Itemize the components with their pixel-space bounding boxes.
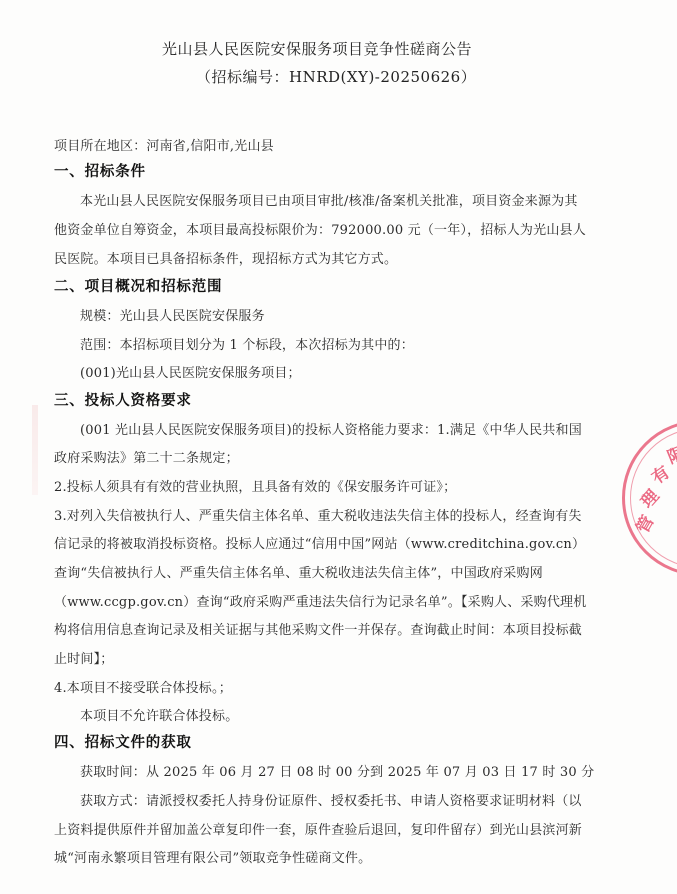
acquisition-time: 获取时间：从 2025 年 06 月 27 日 08 时 00 分到 2025 … <box>80 761 594 780</box>
scope-line: 范围：本招标项目划分为 1 个标段，本次招标为其中的： <box>80 334 414 353</box>
paragraph-line: 他资金单位自筹资金，本项目最高投标限价为：792000.00 元（一年），招标人… <box>54 219 586 238</box>
paragraph-line: （www.ccgp.gov.cn）查询“政府采购严重违法失信行为记录名单”。【采… <box>54 591 586 610</box>
tender-number: （招标编号：HNRD(XY)-20250626） <box>196 66 476 87</box>
paragraph-line: 城“河南永繁项目管理有限公司”领取竞争性磋商文件。 <box>54 847 371 866</box>
project-region: 项目所在地区：河南省,信阳市,光山县 <box>54 135 274 154</box>
section-heading-2: 二、项目概况和招标范围 <box>54 275 222 296</box>
section-heading-1: 一、招标条件 <box>54 160 146 181</box>
company-seal-stamp: 管 理 有 限 公 <box>622 420 677 576</box>
scan-artifact <box>32 405 38 495</box>
scale-line: 规模：光山县人民医院安保服务 <box>80 305 265 324</box>
acquisition-method: 获取方式：请派授权委托人持身份证原件、授权委托书、申请人资格要求证明材料（以 <box>80 790 582 809</box>
paragraph-line: 查询“失信被执行人、严重失信主体名单、重大税收违法失信主体”，中国政府采购网 <box>54 562 543 581</box>
lot-line: (001)光山县人民医院安保服务项目； <box>80 362 301 381</box>
paragraph-line: 本项目不允许联合体投标。 <box>80 705 238 724</box>
paragraph-line: 民医院。本项目已具备招标条件，现招标方式为其它方式。 <box>54 248 397 267</box>
section-heading-3: 三、投标人资格要求 <box>54 389 192 410</box>
section-heading-4: 四、招标文件的获取 <box>54 731 192 752</box>
paragraph-line: 构将信用信息查询记录及相关证据与其他采购文件一并保存。查询截止时间：本项目投标截 <box>54 619 582 638</box>
requirement-3: 3.对列入失信被执行人、严重失信主体名单、重大税收违法失信主体的投标人，经查询有… <box>54 505 582 524</box>
document-title: 光山县人民医院安保服务项目竞争性磋商公告 <box>162 38 472 59</box>
paragraph-line: 上资料提供原件并留加盖公章复印件一套，原件查验后退回，复印件留存）到光山县滨河新 <box>54 819 582 838</box>
paragraph-line: 本光山县人民医院安保服务项目已由项目审批/核准/备案机关批准，项目资金来源为其 <box>80 190 578 209</box>
paragraph-line: 信记录的将被取消投标资格。投标人应通过“信用中国”网站（www.creditch… <box>54 533 585 552</box>
requirement-4: 4.本项目不接受联合体投标。； <box>54 677 232 696</box>
paragraph-line: (001 光山县人民医院安保服务项目)的投标人资格能力要求：1.满足《中华人民共… <box>80 419 582 438</box>
paragraph-line: 政府采购法》第二十二条规定； <box>54 447 239 466</box>
requirement-2: 2.投标人须具有有效的营业执照，且具备有效的《保安服务许可证》； <box>54 476 456 495</box>
paragraph-line: 止时间】； <box>54 648 114 667</box>
document-page: 光山县人民医院安保服务项目竞争性磋商公告 （招标编号：HNRD(XY)-2025… <box>0 0 677 894</box>
